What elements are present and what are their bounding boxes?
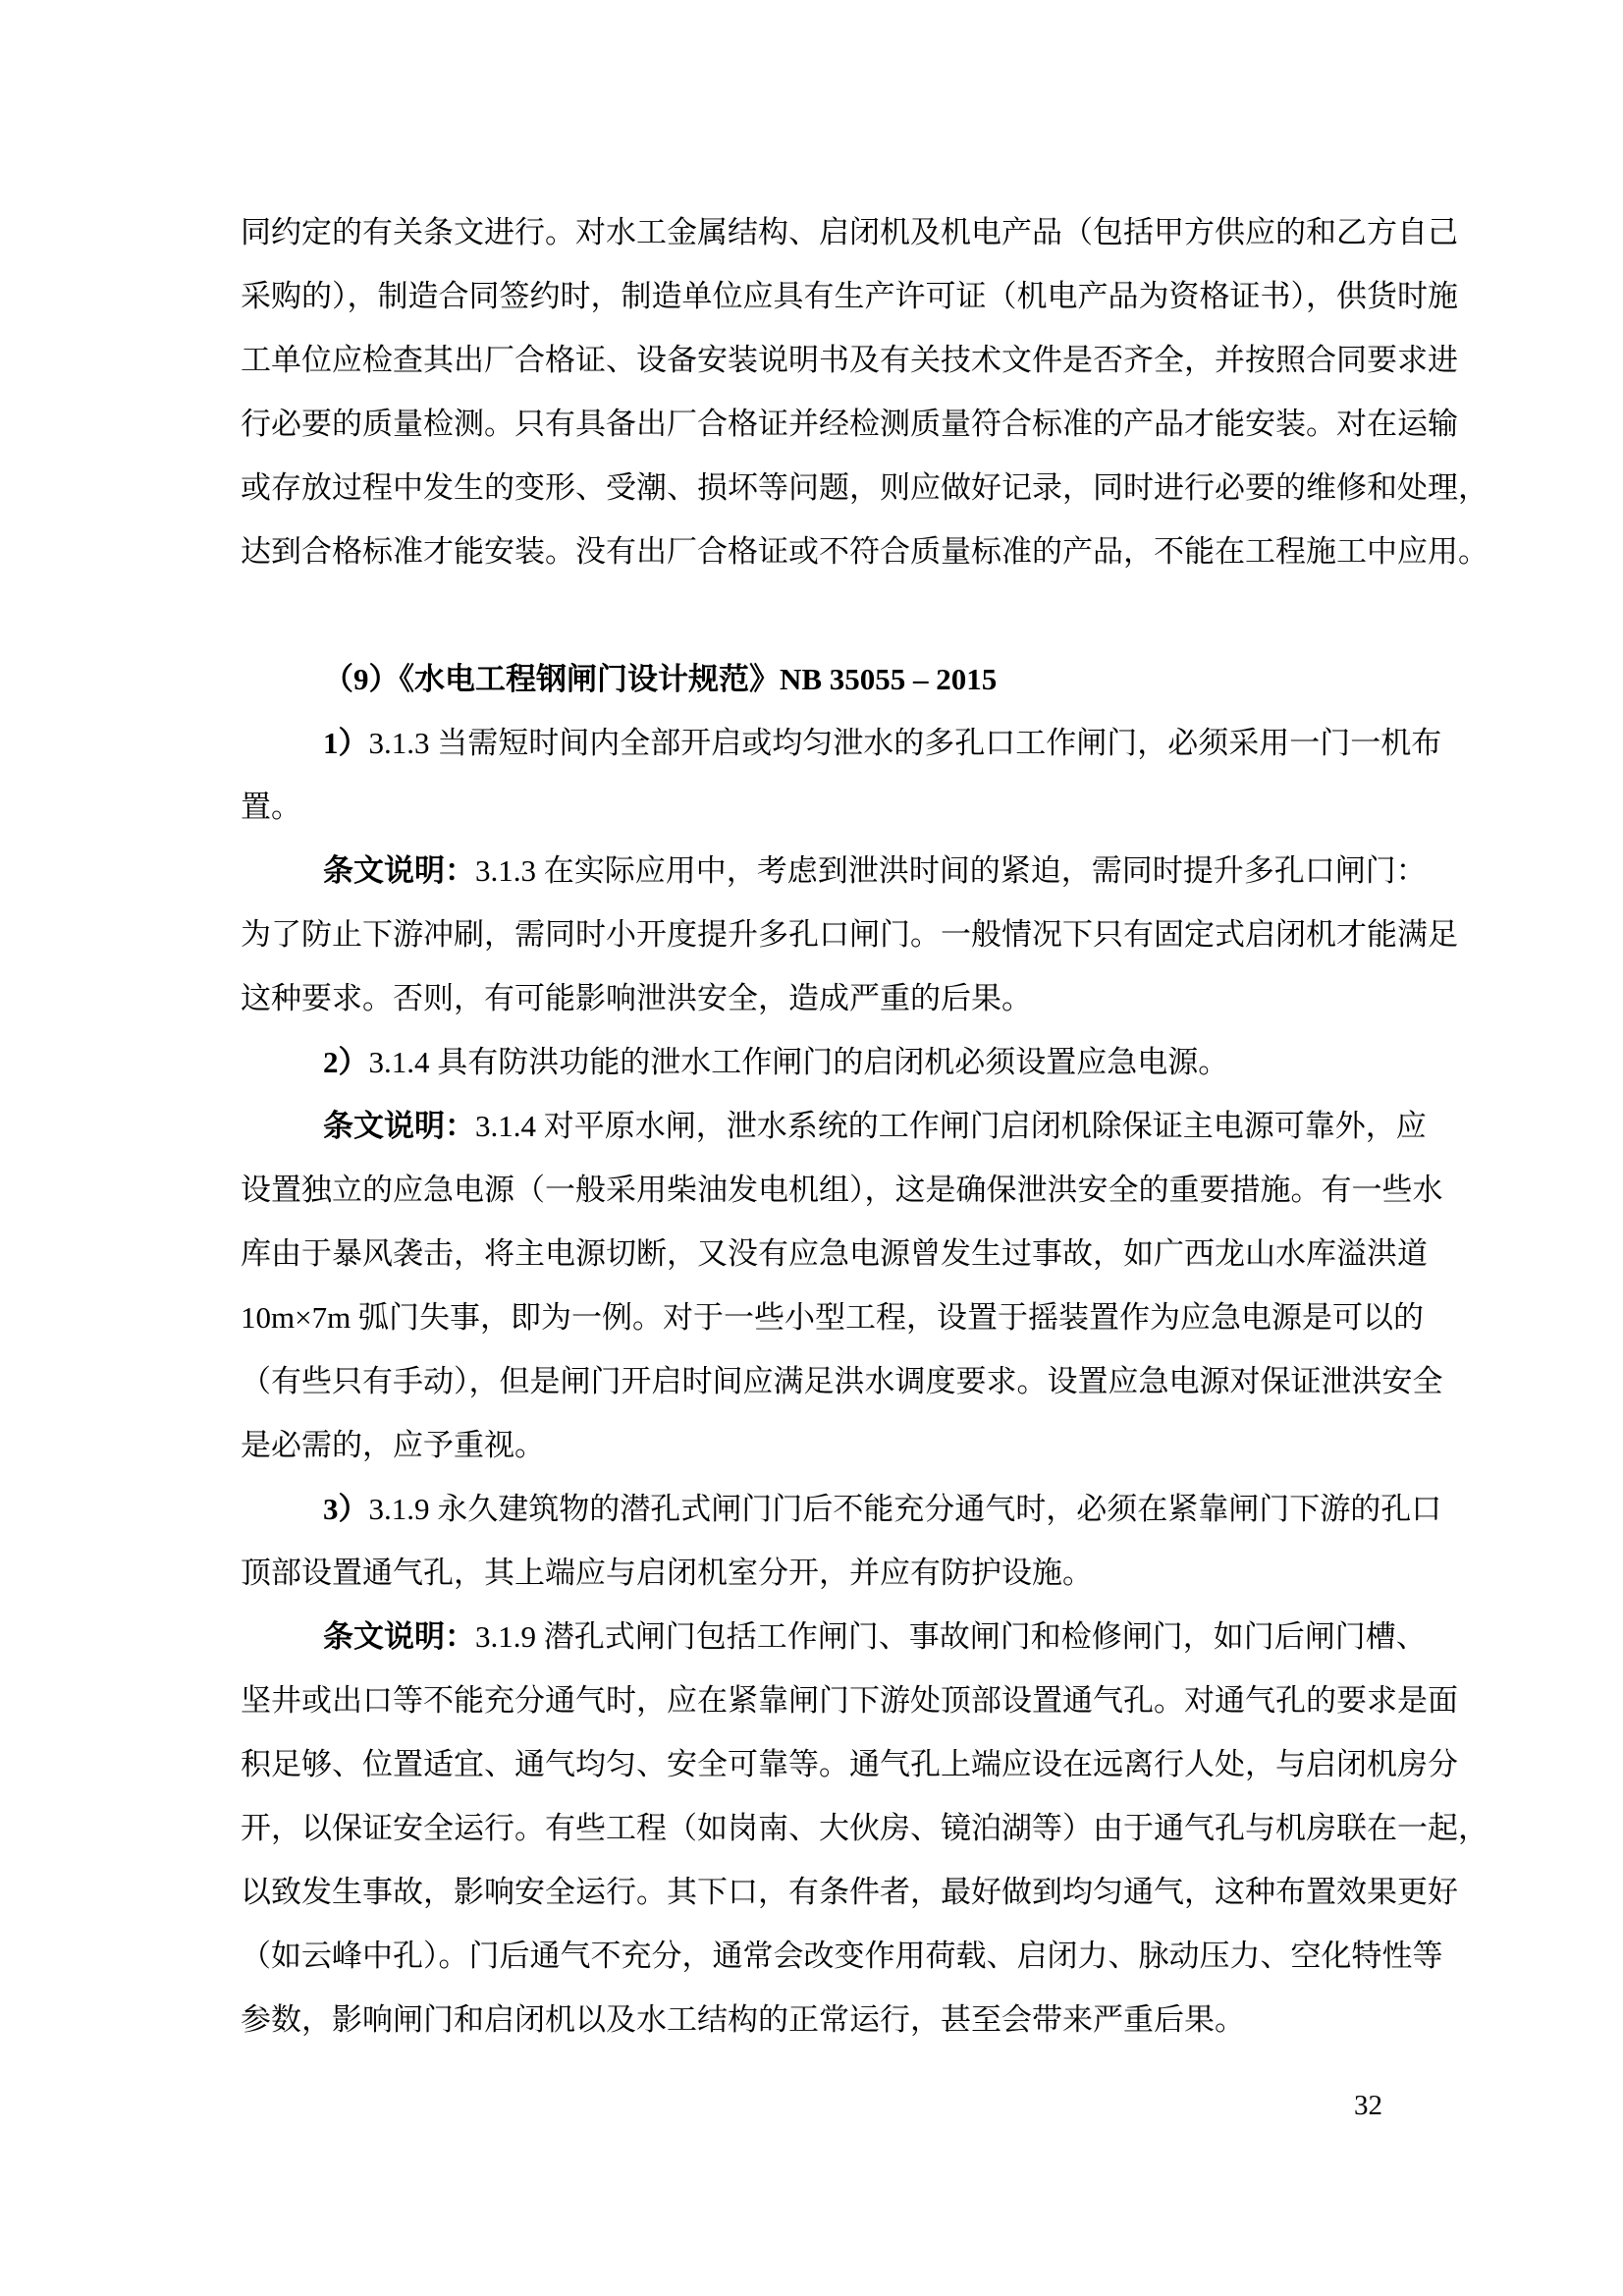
clause-3-1-3-line-1-seg-2: 3.1.3 当需短时间内全部开启或均匀泄水的多孔口工作闸门，必须采用一门一机布	[369, 726, 1442, 760]
note-3-1-3-line-2: 为了防止下游冲刷，需同时小开度提升多孔口闸门。一般情况下只有固定式启闭机才能满足	[241, 902, 1389, 966]
clause-3-1-9-line-1-seg-1: 3）	[323, 1492, 369, 1526]
note-3-1-4-line-3-seg-1: 库由于暴风袭击，将主电源切断，又没有应急电源曾发生过事故，如广西龙山水库溢洪道	[241, 1236, 1428, 1271]
note-3-1-9-line-5-seg-1: 以致发生事故，影响安全运行。其下口，有条件者，最好做到均匀通气，这种布置效果更好	[241, 1875, 1458, 1909]
cont-paragraph-line-6: 达到合格标准才能安装。没有出厂合格证或不符合质量标准的产品，不能在工程施工中应用…	[241, 519, 1389, 583]
clause-3-1-4-line-1-seg-1: 2）	[323, 1045, 369, 1079]
note-3-1-4-line-6: 是必需的，应予重视。	[241, 1413, 1389, 1477]
heading-item-9: （9）《水电工程钢闸门设计规范》NB 35055 – 2015	[241, 647, 1389, 711]
cont-paragraph-line-3: 工单位应检查其出厂合格证、设备安装说明书及有关技术文件是否齐全，并按照合同要求进	[241, 328, 1389, 392]
note-3-1-9-line-5: 以致发生事故，影响安全运行。其下口，有条件者，最好做到均匀通气，这种布置效果更好	[241, 1860, 1389, 1924]
note-3-1-9-line-6: （如云峰中孔）。门后通气不充分，通常会改变作用荷载、启闭力、脉动压力、空化特性等	[241, 1924, 1389, 1988]
clause-3-1-9-line-2: 顶部设置通气孔，其上端应与启闭机室分开，并应有防护设施。	[241, 1541, 1389, 1605]
document-body: 同约定的有关条文进行。对水工金属结构、启闭机及机电产品（包括甲方供应的和乙方自己…	[241, 200, 1389, 2051]
note-3-1-3-line-1-seg-1: 条文说明：	[323, 853, 475, 888]
cont-paragraph-line-1-seg-1: 同约定的有关条文进行。对水工金属结构、启闭机及机电产品（包括甲方供应的和乙方自己	[241, 215, 1458, 249]
clause-3-1-3-line-2-seg-1: 置。	[241, 790, 301, 824]
note-3-1-4-line-3: 库由于暴风袭击，将主电源切断，又没有应急电源曾发生过事故，如广西龙山水库溢洪道	[241, 1222, 1389, 1285]
note-3-1-9-line-4: 开，以保证安全运行。有些工程（如岗南、大伙房、镜泊湖等）由于通气孔与机房联在一起…	[241, 1796, 1389, 1860]
clause-3-1-3-line-1-seg-1: 1）	[323, 726, 369, 760]
clause-3-1-4-line-1-seg-2: 3.1.4 具有防洪功能的泄水工作闸门的启闭机必须设置应急电源。	[369, 1045, 1229, 1079]
note-3-1-3-line-1: 条文说明：3.1.3 在实际应用中，考虑到泄洪时间的紧迫，需同时提升多孔口闸门：	[241, 839, 1389, 902]
cont-paragraph-line-2-seg-1: 采购的），制造合同签约时，制造单位应具有生产许可证（机电产品为资格证书），供货时…	[241, 279, 1458, 313]
note-3-1-9-line-4-seg-1: 开，以保证安全运行。有些工程（如岗南、大伙房、镜泊湖等）由于通气孔与机房联在一起…	[241, 1811, 1488, 1845]
clause-3-1-3-line-2: 置。	[241, 775, 1389, 839]
note-3-1-3-line-1-seg-2: 3.1.3 在实际应用中，考虑到泄洪时间的紧迫，需同时提升多孔口闸门：	[475, 853, 1427, 888]
clause-3-1-9-line-2-seg-1: 顶部设置通气孔，其上端应与启闭机室分开，并应有防护设施。	[241, 1556, 1093, 1590]
note-3-1-3-line-3: 这种要求。否则，有可能影响泄洪安全，造成严重的后果。	[241, 966, 1389, 1030]
note-3-1-3-line-3-seg-1: 这种要求。否则，有可能影响泄洪安全，造成严重的后果。	[241, 981, 1032, 1015]
note-3-1-9-line-6-seg-1: （如云峰中孔）。门后通气不充分，通常会改变作用荷载、启闭力、脉动压力、空化特性等	[241, 1939, 1443, 1973]
cont-paragraph-line-5: 或存放过程中发生的变形、受潮、损坏等问题，则应做好记录，同时进行必要的维修和处理…	[241, 456, 1389, 519]
note-3-1-4-line-1: 条文说明：3.1.4 对平原水闸，泄水系统的工作闸门启闭机除保证主电源可靠外，应	[241, 1094, 1389, 1158]
cont-paragraph-line-2: 采购的），制造合同签约时，制造单位应具有生产许可证（机电产品为资格证书），供货时…	[241, 264, 1389, 328]
clause-3-1-9-line-1: 3）3.1.9 永久建筑物的潜孔式闸门门后不能充分通气时，必须在紧靠闸门下游的孔…	[241, 1477, 1389, 1541]
cont-paragraph-line-4-seg-1: 行必要的质量检测。只有具备出厂合格证并经检测质量符合标准的产品才能安装。对在运输	[241, 407, 1458, 441]
note-3-1-9-line-2: 坚井或出口等不能充分通气时，应在紧靠闸门下游处顶部设置通气孔。对通气孔的要求是面	[241, 1668, 1389, 1732]
cont-paragraph-line-1: 同约定的有关条文进行。对水工金属结构、启闭机及机电产品（包括甲方供应的和乙方自己	[241, 200, 1389, 264]
note-3-1-9-line-7-seg-1: 参数，影响闸门和启闭机以及水工结构的正常运行，甚至会带来严重后果。	[241, 2002, 1245, 2037]
note-3-1-4-line-6-seg-1: 是必需的，应予重视。	[241, 1428, 545, 1462]
note-3-1-9-line-3-seg-1: 积足够、位置适宜、通气均匀、安全可靠等。通气孔上端应设在远离行人处，与启闭机房分	[241, 1747, 1458, 1781]
note-3-1-4-line-5: （有些只有手动），但是闸门开启时间应满足洪水调度要求。设置应急电源对保证泄洪安全	[241, 1349, 1389, 1413]
note-3-1-9-line-2-seg-1: 坚井或出口等不能充分通气时，应在紧靠闸门下游处顶部设置通气孔。对通气孔的要求是面	[241, 1683, 1458, 1718]
clause-3-1-4-line-1: 2）3.1.4 具有防洪功能的泄水工作闸门的启闭机必须设置应急电源。	[241, 1030, 1389, 1094]
note-3-1-4-line-1-seg-1: 条文说明：	[323, 1109, 475, 1143]
note-3-1-4-line-4-seg-1: 10m×7m 弧门失事，即为一例。对于一些小型工程，设置于摇装置作为应急电源是可…	[241, 1300, 1424, 1335]
note-3-1-4-line-1-seg-2: 3.1.4 对平原水闸，泄水系统的工作闸门启闭机除保证主电源可靠外，应	[475, 1109, 1427, 1143]
blank-line	[241, 583, 1389, 647]
note-3-1-4-line-4: 10m×7m 弧门失事，即为一例。对于一些小型工程，设置于摇装置作为应急电源是可…	[241, 1285, 1389, 1349]
heading-item-9-seg-1: （9）《水电工程钢闸门设计规范》NB 35055 – 2015	[323, 662, 997, 696]
note-3-1-4-line-2: 设置独立的应急电源（一般采用柴油发电机组），这是确保泄洪安全的重要措施。有一些水	[241, 1158, 1389, 1222]
document-page: 同约定的有关条文进行。对水工金属结构、启闭机及机电产品（包括甲方供应的和乙方自己…	[0, 0, 1623, 2296]
note-3-1-4-line-2-seg-1: 设置独立的应急电源（一般采用柴油发电机组），这是确保泄洪安全的重要措施。有一些水	[241, 1173, 1443, 1207]
page-number: 32	[241, 2086, 1382, 2125]
note-3-1-9-line-1: 条文说明：3.1.9 潜孔式闸门包括工作闸门、事故闸门和检修闸门，如门后闸门槽、	[241, 1605, 1389, 1668]
note-3-1-9-line-3: 积足够、位置适宜、通气均匀、安全可靠等。通气孔上端应设在远离行人处，与启闭机房分	[241, 1732, 1389, 1796]
cont-paragraph-line-3-seg-1: 工单位应检查其出厂合格证、设备安装说明书及有关技术文件是否齐全，并按照合同要求进	[241, 343, 1458, 377]
note-3-1-4-line-5-seg-1: （有些只有手动），但是闸门开启时间应满足洪水调度要求。设置应急电源对保证泄洪安全	[241, 1364, 1443, 1398]
note-3-1-9-line-1-seg-2: 3.1.9 潜孔式闸门包括工作闸门、事故闸门和检修闸门，如门后闸门槽、	[475, 1619, 1427, 1654]
note-3-1-9-line-7: 参数，影响闸门和启闭机以及水工结构的正常运行，甚至会带来严重后果。	[241, 1988, 1389, 2051]
note-3-1-9-line-1-seg-1: 条文说明：	[323, 1619, 475, 1654]
clause-3-1-9-line-1-seg-2: 3.1.9 永久建筑物的潜孔式闸门门后不能充分通气时，必须在紧靠闸门下游的孔口	[369, 1492, 1442, 1526]
cont-paragraph-line-6-seg-1: 达到合格标准才能安装。没有出厂合格证或不符合质量标准的产品，不能在工程施工中应用…	[241, 534, 1488, 569]
clause-3-1-3-line-1: 1）3.1.3 当需短时间内全部开启或均匀泄水的多孔口工作闸门，必须采用一门一机…	[241, 711, 1389, 775]
cont-paragraph-line-4: 行必要的质量检测。只有具备出厂合格证并经检测质量符合标准的产品才能安装。对在运输	[241, 392, 1389, 456]
note-3-1-3-line-2-seg-1: 为了防止下游冲刷，需同时小开度提升多孔口闸门。一般情况下只有固定式启闭机才能满足	[241, 917, 1458, 952]
cont-paragraph-line-5-seg-1: 或存放过程中发生的变形、受潮、损坏等问题，则应做好记录，同时进行必要的维修和处理…	[241, 470, 1488, 505]
